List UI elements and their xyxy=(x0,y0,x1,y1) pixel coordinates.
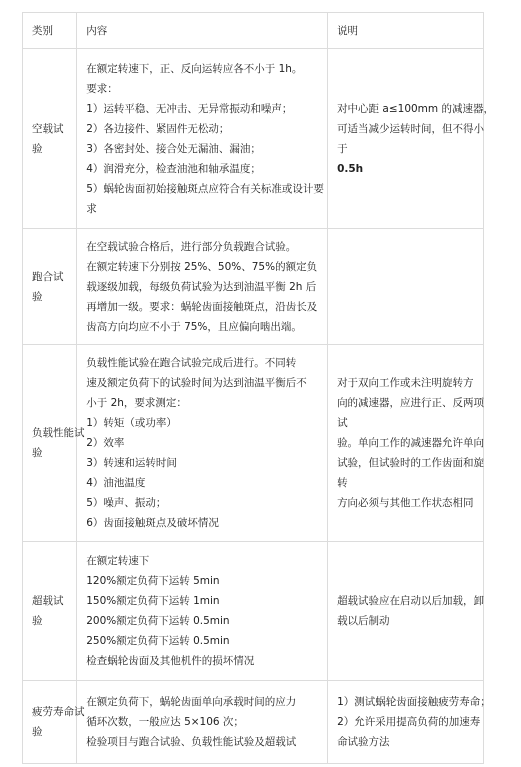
category-label: 疲劳寿命试 xyxy=(32,702,67,722)
category-cell: 跑合试验 xyxy=(23,229,77,345)
header-note: 说明 xyxy=(328,13,484,49)
content-line: 1）转矩（或功率） xyxy=(86,413,318,433)
category-label: 超载试验 xyxy=(32,595,64,627)
category-label: 验 xyxy=(32,722,67,742)
content-line: 200%额定负荷下运转 0.5min xyxy=(86,611,318,631)
table-row-running-in-test: 跑合试验 在空载试验合格后，进行部分负载跑合试验。 在额定转速下分别按 25%、… xyxy=(23,229,484,345)
content-line: 在空载试验合格后，进行部分负载跑合试验。 xyxy=(86,237,318,257)
note-line: 试验，但试验时的工作齿面和旋 xyxy=(337,453,474,473)
note-line: 2）允许采用提高负荷的加速寿 xyxy=(337,712,474,732)
note-line: 于 xyxy=(337,139,474,159)
content-line: 齿高方向均应不小于 75%，且应偏向啮出端。 xyxy=(86,317,318,337)
header-content: 内容 xyxy=(77,13,328,49)
note-line: 对于双向工作或未注明旋转方 xyxy=(337,373,474,393)
content-line: 检验项目与跑合试验、负载性能试验及超载试 xyxy=(86,732,318,752)
content-cell: 在额定负荷下，蜗轮齿面单向承载时间的应力 循环次数，一般应达 5×106 次； … xyxy=(77,681,328,764)
category-label: 负载性能试 xyxy=(32,423,67,443)
note-cell xyxy=(328,229,484,345)
note-line: 向的减速器，应进行正、反两项 xyxy=(337,393,474,413)
content-line: 速及额定负荷下的试验时间为达到油温平衡后不 xyxy=(86,373,318,393)
content-line: 5）噪声、振动； xyxy=(86,493,318,513)
category-cell: 超载试验 xyxy=(23,542,77,681)
content-line: 120%额定负荷下运转 5min xyxy=(86,571,318,591)
content-line: 在额定转速下分别按 25%、50%、75%的额定负 xyxy=(86,257,318,277)
content-line: 负载性能试验在跑合试验完成后进行。不同转 xyxy=(86,353,318,373)
category-label: 验 xyxy=(32,443,67,463)
content-cell: 在额定转速下，正、反向运转应各不小于 1h。 要求： 1）运转平稳、无冲击、无异… xyxy=(77,49,328,229)
worm-gear-test-table: 类别 内容 说明 空载试验 在额定转速下，正、反向运转应各不小于 1h。 要求：… xyxy=(22,12,484,764)
content-line: 1）运转平稳、无冲击、无异常振动和噪声； xyxy=(86,99,318,119)
content-line: 6）齿面接触斑点及破坏情况 xyxy=(86,513,318,533)
content-line: 2）各边接件、紧固件无松动； xyxy=(86,119,318,139)
note-cell: 超载试验应在启动以后加载，卸 载以后制动 xyxy=(328,542,484,681)
category-cell: 疲劳寿命试 验 xyxy=(23,681,77,764)
table-row-load-performance-test: 负载性能试 验 负载性能试验在跑合试验完成后进行。不同转 速及额定负荷下的试验时… xyxy=(23,345,484,542)
note-cell: 对中心距 a≤100mm 的减速器， 可适当减少运转时间，但不得小 于 0.5h xyxy=(328,49,484,229)
category-cell: 空载试验 xyxy=(23,49,77,229)
content-line: 3）转速和运转时间 xyxy=(86,453,318,473)
content-line: 检查蜗轮齿面及其他机件的损坏情况 xyxy=(86,651,318,671)
category-label: 跑合试验 xyxy=(32,271,64,303)
content-line: 250%额定负荷下运转 0.5min xyxy=(86,631,318,651)
note-line: 试 xyxy=(337,413,474,433)
content-line: 在额定转速下，正、反向运转应各不小于 1h。 xyxy=(86,59,318,79)
note-line: 方向必须与其他工作状态相同 xyxy=(337,493,474,513)
content-line: 2）效率 xyxy=(86,433,318,453)
category-cell: 负载性能试 验 xyxy=(23,345,77,542)
content-cell: 在空载试验合格后，进行部分负载跑合试验。 在额定转速下分别按 25%、50%、7… xyxy=(77,229,328,345)
note-cell: 1）测试蜗轮齿面接触疲劳寿命； 2）允许采用提高负荷的加速寿 命试验方法 xyxy=(328,681,484,764)
header-category: 类别 xyxy=(23,13,77,49)
note-cell: 对于双向工作或未注明旋转方 向的减速器，应进行正、反两项 试 验。单向工作的减速… xyxy=(328,345,484,542)
note-line: 0.5h xyxy=(337,159,474,179)
content-line: 循环次数，一般应达 5×106 次； xyxy=(86,712,318,732)
content-line: 要求： xyxy=(86,79,318,99)
table-row-no-load-test: 空载试验 在额定转速下，正、反向运转应各不小于 1h。 要求： 1）运转平稳、无… xyxy=(23,49,484,229)
note-line: 命试验方法 xyxy=(337,732,474,752)
content-line: 3）各密封处、接合处无漏油、漏油； xyxy=(86,139,318,159)
note-line: 可适当减少运转时间，但不得小 xyxy=(337,119,474,139)
content-line: 4）润滑充分，检查油池和轴承温度； xyxy=(86,159,318,179)
content-line: 小于 2h，要求测定： xyxy=(86,393,318,413)
content-cell: 在额定转速下 120%额定负荷下运转 5min 150%额定负荷下运转 1min… xyxy=(77,542,328,681)
note-line: 载以后制动 xyxy=(337,611,474,631)
table-row-overload-test: 超载试验 在额定转速下 120%额定负荷下运转 5min 150%额定负荷下运转… xyxy=(23,542,484,681)
table-row-fatigue-life-test: 疲劳寿命试 验 在额定负荷下，蜗轮齿面单向承载时间的应力 循环次数，一般应达 5… xyxy=(23,681,484,764)
note-line: 超载试验应在启动以后加载，卸 xyxy=(337,591,474,611)
content-line: 4）油池温度 xyxy=(86,473,318,493)
note-line: 1）测试蜗轮齿面接触疲劳寿命； xyxy=(337,692,474,712)
content-line: 再增加一级。要求：蜗轮齿面接触斑点，沿齿长及 xyxy=(86,297,318,317)
content-line: 在额定负荷下，蜗轮齿面单向承载时间的应力 xyxy=(86,692,318,712)
content-line: 5）蜗轮齿面初始接触斑点应符合有关标准或设计要 xyxy=(86,179,318,199)
note-line: 验。单向工作的减速器允许单向 xyxy=(337,433,474,453)
note-line: 转 xyxy=(337,473,474,493)
content-line: 载逐级加载，每级负荷试验为达到油温平衡 2h 后 xyxy=(86,277,318,297)
header-row: 类别 内容 说明 xyxy=(23,13,484,49)
content-line: 求 xyxy=(86,199,318,219)
content-line: 150%额定负荷下运转 1min xyxy=(86,591,318,611)
content-cell: 负载性能试验在跑合试验完成后进行。不同转 速及额定负荷下的试验时间为达到油温平衡… xyxy=(77,345,328,542)
category-label: 空载试验 xyxy=(32,123,64,155)
content-line: 在额定转速下 xyxy=(86,551,318,571)
note-line: 对中心距 a≤100mm 的减速器， xyxy=(337,99,474,119)
